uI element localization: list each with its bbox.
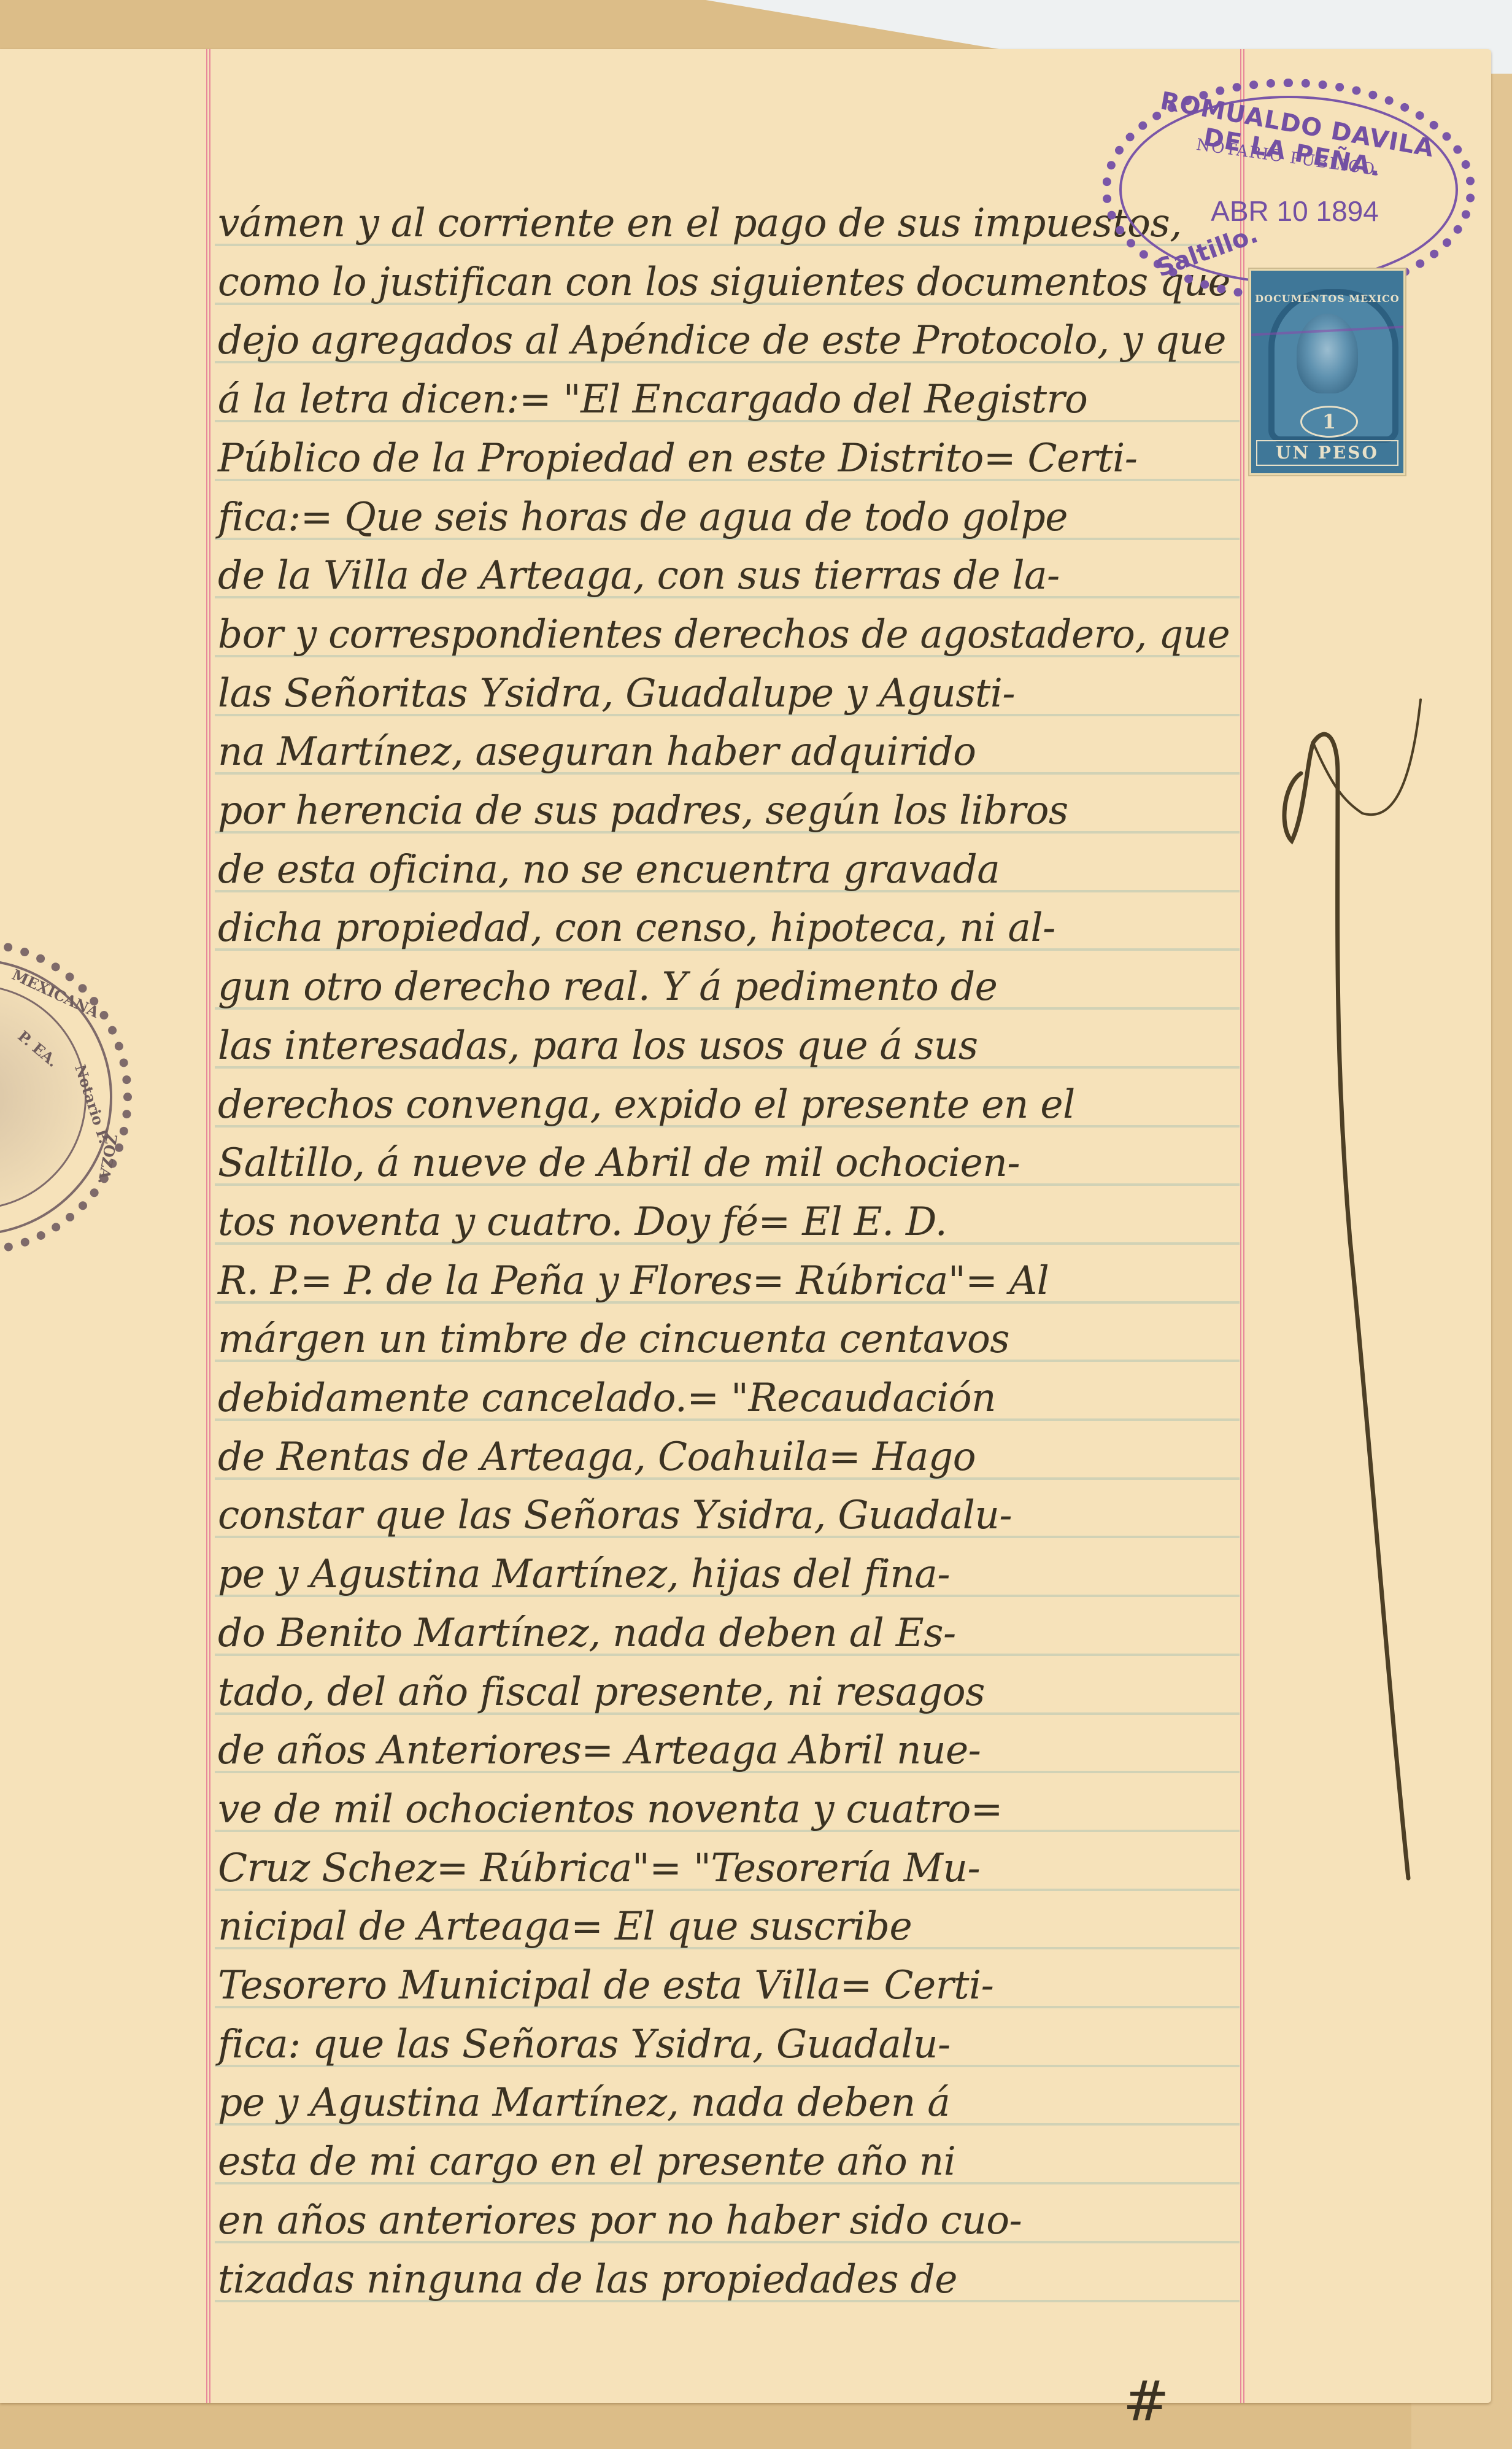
text-line: las interesadas, para los usos que á sus bbox=[218, 1018, 1230, 1074]
text-line: constar que las Señoras Ysidra, Guadalu- bbox=[218, 1488, 1230, 1543]
text-line: de la Villa de Arteaga, con sus tierras … bbox=[218, 548, 1230, 603]
text-line: Público de la Propiedad en este Distrito… bbox=[218, 431, 1230, 486]
text-line: dicha propiedad, con censo, hipoteca, ni… bbox=[218, 900, 1230, 956]
text-line: en años anteriores por no haber sido cuo… bbox=[218, 2193, 1230, 2248]
text-line: como lo justifican con los siguientes do… bbox=[218, 255, 1218, 310]
text-line: Saltillo, á nueve de Abril de mil ochoci… bbox=[218, 1136, 1230, 1191]
text-line: fica: que las Señoras Ysidra, Guadalu- bbox=[218, 2017, 1230, 2072]
text-line: R. P.= P. de la Peña y Flores= Rúbrica"=… bbox=[218, 1253, 1230, 1309]
text-line: na Martínez, aseguran haber adquirido bbox=[218, 724, 1230, 780]
text-line: nicipal de Arteaga= El que suscribe bbox=[218, 1899, 1230, 1954]
text-line: á la letra dicen:= "El Encargado del Reg… bbox=[218, 372, 1230, 427]
stamp-value: 1 bbox=[1300, 406, 1358, 438]
text-line: vámen y al corriente en el pago de sus i… bbox=[218, 196, 1230, 251]
left-margin-line bbox=[206, 49, 210, 2403]
text-line: por herencia de sus padres, según los li… bbox=[218, 783, 1230, 838]
text-line: fica:= Que seis horas de agua de todo go… bbox=[218, 490, 1230, 545]
page-end-mark: # bbox=[1123, 2369, 1169, 2434]
text-line: pe y Agustina Martínez, nada deben á bbox=[218, 2075, 1230, 2130]
text-line: tado, del año fiscal presente, ni resago… bbox=[218, 1665, 1230, 1720]
notary-seal: ROMUALDO DAVILA DE LA PEÑA. NOTARIO PÚBL… bbox=[1102, 79, 1475, 301]
text-line: gun otro derecho real. Y á pedimento de bbox=[218, 959, 1230, 1015]
text-line: tizadas ninguna de las propiedades de bbox=[218, 2252, 1230, 2307]
document-page: vámen y al corriente en el pago de sus i… bbox=[0, 49, 1491, 2403]
right-margin-line bbox=[1240, 49, 1244, 2403]
text-line: bor y correspondientes derechos de agost… bbox=[218, 607, 1227, 662]
text-line: Tesorero Municipal de esta Villa= Certi- bbox=[218, 1958, 1230, 2013]
stamp-portrait-icon bbox=[1297, 314, 1358, 393]
text-line: derechos convenga, expido el presente en… bbox=[218, 1077, 1230, 1132]
notary-seal-date: ABR 10 1894 bbox=[1184, 195, 1405, 228]
text-line: debidamente cancelado.= "Recaudación bbox=[218, 1371, 1230, 1426]
text-line: esta de mi cargo en el presente año ni bbox=[218, 2134, 1230, 2189]
revenue-stamp: DOCUMENTOS MEXICO 1 UN PESO bbox=[1249, 269, 1405, 475]
text-line: ve de mil ochocientos noventa y cuatro= bbox=[218, 1782, 1230, 1837]
text-line: las Señoritas Ysidra, Guadalupe y Agusti… bbox=[218, 666, 1230, 721]
text-line: de Rentas de Arteaga, Coahuila= Hago bbox=[218, 1430, 1230, 1485]
stamp-arch-text: DOCUMENTOS MEXICO bbox=[1251, 293, 1403, 304]
signature-flourish-icon bbox=[1276, 687, 1424, 1890]
text-line: de esta oficina, no se encuentra gravada bbox=[218, 842, 1230, 897]
stamp-denomination: UN PESO bbox=[1256, 440, 1398, 466]
text-line: de años Anteriores= Arteaga Abril nue- bbox=[218, 1723, 1230, 1778]
text-line: tos noventa y cuatro. Doy fé= El E. D. bbox=[218, 1194, 1230, 1250]
text-line: pe y Agustina Martínez, hijas del fina- bbox=[218, 1547, 1230, 1602]
text-line: márgen un timbre de cincuenta centavos bbox=[218, 1312, 1230, 1367]
text-line: Cruz Schez= Rúbrica"= "Tesorería Mu- bbox=[218, 1841, 1230, 1896]
text-line: dejo agregados al Apéndice de este Proto… bbox=[218, 313, 1230, 368]
text-line: do Benito Martínez, nada deben al Es- bbox=[218, 1606, 1230, 1661]
